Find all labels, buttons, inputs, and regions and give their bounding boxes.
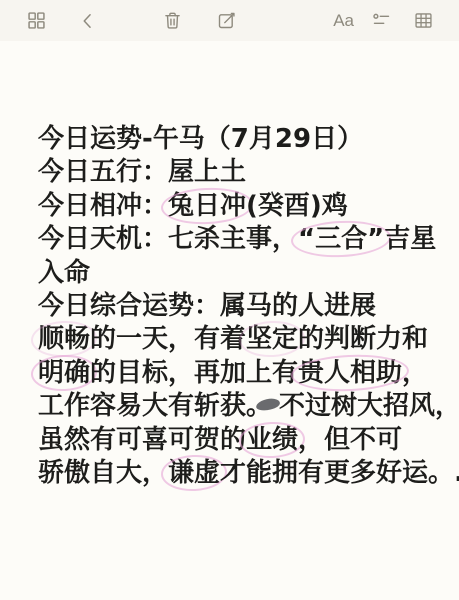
note-line: 工作容易大有斩获。不过树大招风，	[38, 390, 443, 423]
compose-icon[interactable]	[214, 9, 238, 33]
toolbar: Aa	[0, 0, 459, 41]
text-segment: 骄傲自大，	[38, 457, 168, 490]
note-line: 顺畅的一天，有着坚定的判断力和	[38, 323, 443, 356]
text-segment: 今日相冲：	[38, 190, 168, 223]
note-line: 骄傲自大，谦虚才能拥有更多好运。...	[38, 457, 443, 490]
note-line: 今日综合运势：属马的人进展	[38, 290, 443, 323]
circled-term: 顺畅	[38, 323, 90, 356]
text-segment: 今日天机：七杀主事，	[38, 223, 298, 256]
circled-term: 坚定	[246, 323, 298, 356]
text-segment: 才能拥有更多好运。...	[220, 457, 459, 490]
text-segment: 入命	[38, 257, 90, 290]
text-segment: 的目标，再加上有	[90, 357, 298, 390]
text-format-button[interactable]: Aa	[333, 9, 354, 33]
text-segment: 今日运势-午马（7月29日）	[38, 123, 363, 156]
note-line: 今日运势-午马（7月29日）	[38, 123, 443, 156]
circled-term: 谦虚	[168, 457, 220, 490]
table-icon[interactable]	[411, 9, 435, 33]
text-segment: 今日综合运势：属马的人进展	[38, 290, 376, 323]
text-segment: ，但不可	[298, 424, 402, 457]
note-line: 虽然有可喜可贺的业绩，但不可	[38, 424, 443, 457]
note-line: 今日相冲：兔日冲(癸酉)鸡	[38, 190, 443, 223]
circled-term: “三合”	[298, 223, 384, 256]
text-segment: 虽然有可喜可贺的	[38, 424, 246, 457]
back-chevron-icon[interactable]	[76, 9, 100, 33]
circled-term: 明确	[38, 357, 90, 390]
circled-term: 贵人相助	[298, 357, 402, 390]
trash-icon[interactable]	[160, 9, 184, 33]
text-segment: 工作容易大有斩获。	[38, 390, 272, 423]
text-segment: 不过树大招风，	[279, 390, 459, 423]
note-line: 明确的目标，再加上有贵人相助，	[38, 357, 443, 390]
circled-term: 业绩	[246, 424, 298, 457]
note-line: 今日五行：屋上土	[38, 156, 443, 189]
text-segment: (癸酉)鸡	[246, 190, 348, 223]
text-segment: ，	[402, 357, 428, 390]
note-content[interactable]: 今日运势-午马（7月29日）今日五行：屋上土今日相冲：兔日冲(癸酉)鸡今日天机：…	[0, 41, 459, 600]
text-segment: 的判断力和	[298, 323, 428, 356]
text-segment: 吉星	[384, 223, 436, 256]
text-segment: 的一天，有着	[90, 323, 246, 356]
note-line: 今日天机：七杀主事，“三合”吉星	[38, 223, 443, 256]
circled-term: 兔日冲	[168, 190, 246, 223]
text-segment: 今日五行：屋上土	[38, 156, 246, 189]
note-line: 入命	[38, 257, 443, 290]
checklist-icon[interactable]	[369, 9, 393, 33]
note-body: 今日运势-午马（7月29日）今日五行：屋上土今日相冲：兔日冲(癸酉)鸡今日天机：…	[38, 123, 443, 490]
app-grid-icon[interactable]	[24, 9, 48, 33]
